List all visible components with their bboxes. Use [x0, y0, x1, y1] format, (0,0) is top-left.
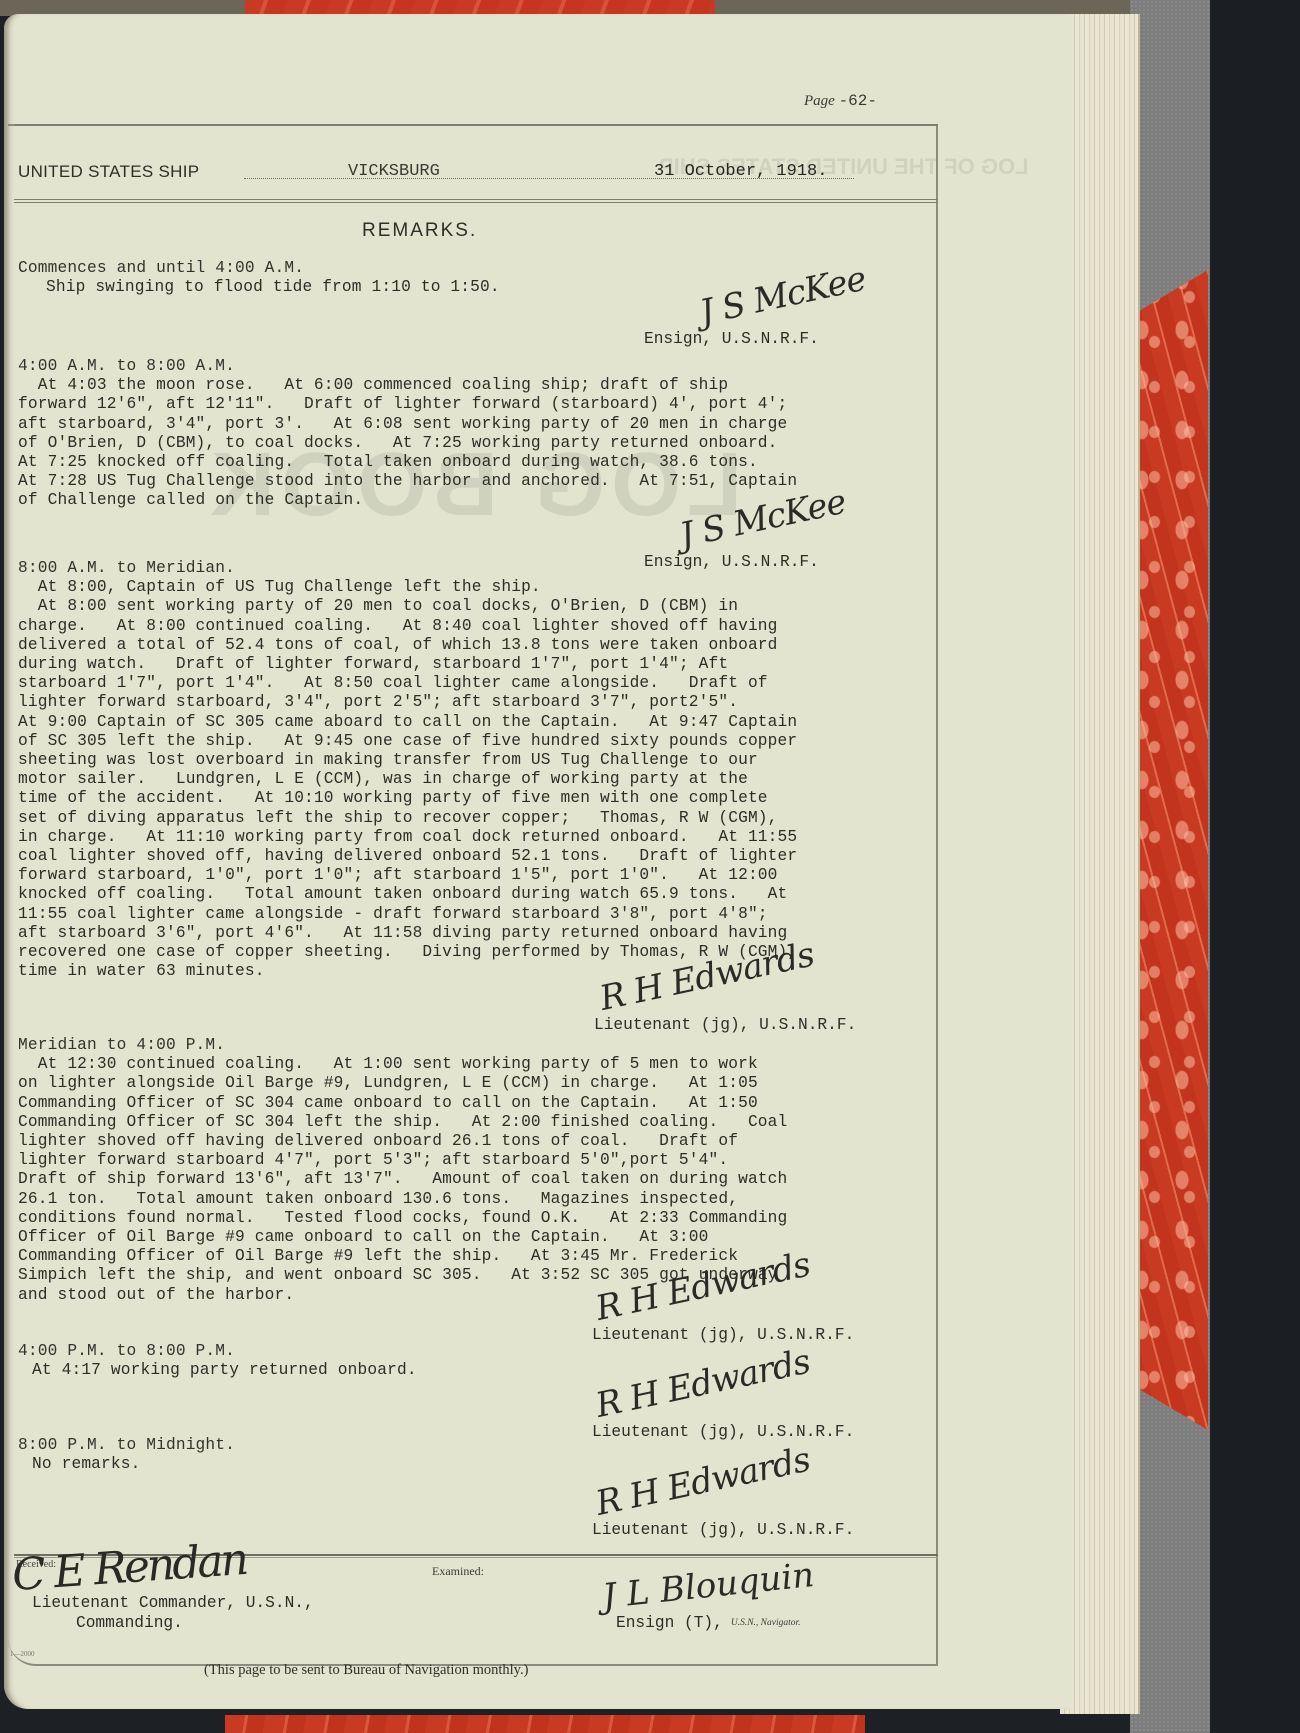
log-page: Page -62- LOG OF THE UNITED STATES SHIP … — [4, 14, 1072, 1709]
watch-entry-morning: 4:00 A.M. to 8:00 A.M. At 4:03 the moon … — [18, 357, 928, 511]
watch-remark-line: Officer of Oil Barge #9 came onboard to … — [18, 1228, 928, 1247]
form-code: 1—2000 — [10, 1650, 35, 1658]
signature-rank: Lieutenant (jg), U.S.N.R.F. — [592, 1521, 892, 1539]
watch-remark-line: aft starboard, 3'4", port 3'. At 6:08 se… — [18, 415, 928, 434]
watch-remark-line: delivered a total of 52.4 tons of coal, … — [18, 636, 928, 655]
watch-remark-line: in charge. At 11:10 working party from c… — [18, 828, 928, 847]
watch-remark-line: charge. At 8:00 continued coaling. At 8:… — [18, 617, 928, 636]
watch-remark-line: At 8:00 sent working party of 20 men to … — [18, 597, 928, 616]
book-cover-background — [1200, 0, 1300, 1733]
marbled-endpaper-right — [1130, 270, 1208, 1430]
watch-remark-line: At 7:25 knocked off coaling. Total taken… — [18, 453, 928, 472]
watch-remark-line: At 12:30 continued coaling. At 1:00 sent… — [18, 1055, 928, 1074]
watch-remark-line: 26.1 ton. Total amount taken onboard 130… — [18, 1190, 928, 1209]
watch-signature-night: R H Edwards Lieutenant (jg), U.S.N.R.F. — [592, 1487, 892, 1539]
watch-remark-line: of O'Brien, D (CBM), to coal docks. At 7… — [18, 434, 928, 453]
watch-remark-line: on lighter alongside Oil Barge #9, Lundg… — [18, 1074, 928, 1093]
watch-remark-line: Commanding Officer of SC 304 left the sh… — [18, 1113, 928, 1132]
watch-remark-line: forward 12'6", aft 12'11". Draft of ligh… — [18, 395, 928, 414]
watch-remark-line: lighter shoved off having delivered onbo… — [18, 1132, 928, 1151]
watch-remark-line: At 9:00 Captain of SC 305 came aboard to… — [18, 713, 928, 732]
log-date: 31 October, 1918. — [654, 162, 827, 181]
watch-remark-line: lighter forward starboard 4'7", port 5'3… — [18, 1151, 928, 1170]
ship-name: VICKSBURG — [348, 162, 440, 181]
watch-signature-forenoon: R H Edwards Lieutenant (jg), U.S.N.R.F. — [594, 982, 894, 1034]
ship-label: UNITED STATES SHIP — [18, 162, 199, 182]
header-rule-middle — [14, 199, 938, 203]
watch-remark-line: At 7:28 US Tug Challenge stood into the … — [18, 472, 928, 491]
watch-remark-line: 11:55 coal lighter came alongside - draf… — [18, 905, 928, 924]
commanding-officer-title: Lieutenant Commander, U.S.N.,Commanding. — [32, 1594, 314, 1633]
watch-remark-line: At 8:00, Captain of US Tug Challenge lef… — [18, 578, 928, 597]
bureau-instruction-note: (This page to be sent to Bureau of Navig… — [204, 1662, 528, 1679]
watch-remark-line: Draft of ship forward 13'6", aft 13'7". … — [18, 1170, 928, 1189]
watch-remark-line: knocked off coaling. Total amount taken … — [18, 885, 928, 904]
watch-entry-forenoon: 8:00 A.M. to Meridian. At 8:00, Captain … — [18, 559, 928, 981]
watch-remark-line: sheeting was lost overboard in making tr… — [18, 751, 928, 770]
watch-remark-line: coal lighter shoved off, having delivere… — [18, 847, 928, 866]
watch-remark-line: during watch. Draft of lighter forward, … — [18, 655, 928, 674]
examined-label: Examined: — [432, 1564, 484, 1579]
watch-heading: Meridian to 4:00 P.M. — [18, 1036, 928, 1055]
watch-heading: 8:00 A.M. to Meridian. — [18, 559, 928, 578]
ship-header: UNITED STATES SHIP VICKSBURG 31 October,… — [18, 162, 918, 184]
page-number: Page -62- — [804, 92, 877, 110]
watch-remark-line: Commanding Officer of SC 304 came onboar… — [18, 1094, 928, 1113]
watch-remark-line: lighter forward starboard, 3'4", port 2'… — [18, 693, 928, 712]
watch-remark-line: time of the accident. At 10:10 working p… — [18, 789, 928, 808]
watch-heading: 4:00 A.M. to 8:00 A.M. — [18, 357, 928, 376]
watch-remark-line: conditions found normal. Tested flood co… — [18, 1209, 928, 1228]
navigator-title: Ensign (T),U.S.N., Navigator. — [616, 1614, 801, 1632]
watch-remark-line: of SC 305 left the ship. At 9:45 one cas… — [18, 732, 928, 751]
signature-rank: Ensign, U.S.N.R.F. — [644, 330, 944, 348]
marbled-endpaper-bottom — [225, 1715, 865, 1733]
marbled-endpaper-top — [245, 0, 715, 15]
watch-remark-line: At 4:03 the moon rose. At 6:00 commenced… — [18, 376, 928, 395]
header-rule-top — [14, 124, 938, 126]
remarks-title: REMARKS. — [362, 220, 477, 242]
commanding-officer-rank: Lieutenant Commander, U.S.N., — [32, 1594, 314, 1612]
watch-signature-midwatch: J S McKee Ensign, U.S.N.R.F. — [644, 296, 944, 348]
page-edges — [1060, 14, 1140, 1714]
signature-rank: Lieutenant (jg), U.S.N.R.F. — [594, 1016, 894, 1034]
watch-remark-line: forward starboard, 1'0", port 1'0"; aft … — [18, 866, 928, 885]
navigator-suffix: U.S.N., Navigator. — [731, 1618, 801, 1628]
commanding-officer-role: Commanding. — [32, 1614, 183, 1632]
page-number-value: -62- — [839, 92, 877, 110]
page-number-label: Page — [804, 93, 835, 109]
navigator-rank: Ensign (T), — [616, 1614, 723, 1632]
watch-remark-line: motor sailer. Lundgren, L E (CCM), was i… — [18, 770, 928, 789]
watch-remark-line: starboard 1'7", port 1'4". At 8:50 coal … — [18, 674, 928, 693]
watch-remark-line: set of diving apparatus left the ship to… — [18, 809, 928, 828]
